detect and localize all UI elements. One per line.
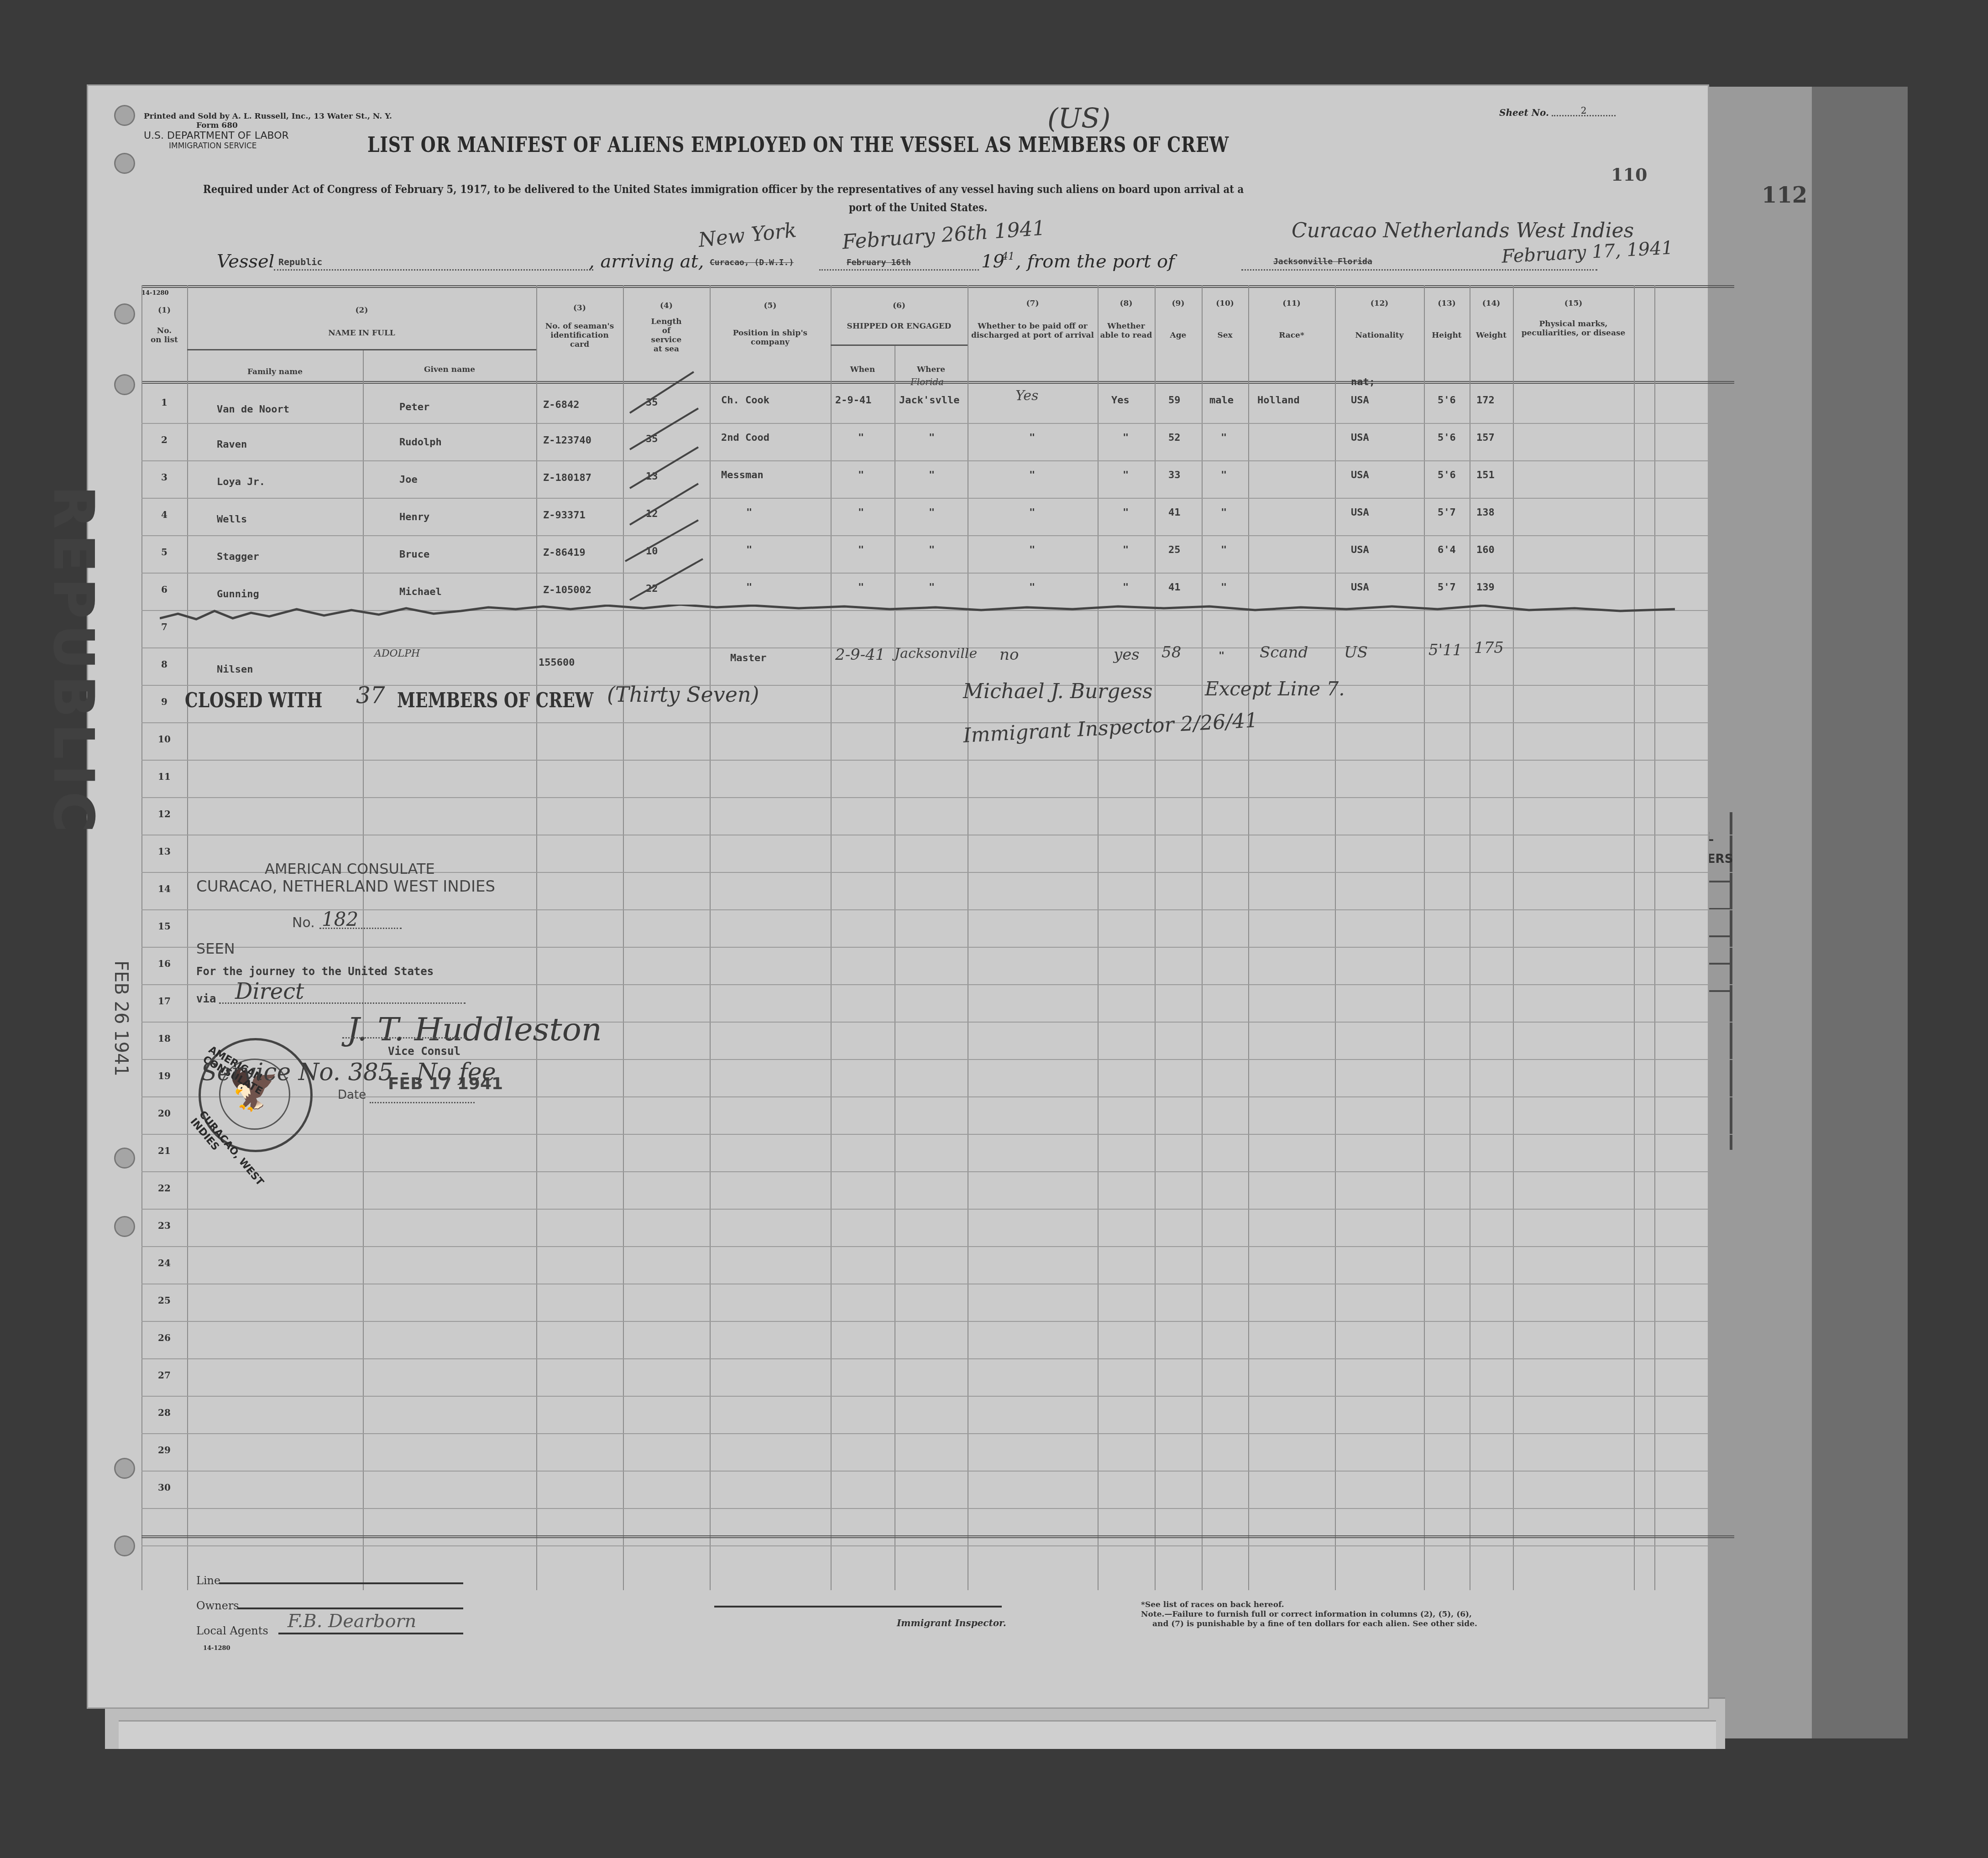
header-name-in-full: NAME IN FULL: [187, 329, 536, 338]
header-able-to-read: Whether able to read: [1100, 322, 1152, 340]
table-top-rule: [141, 285, 1734, 288]
race-note: *See list of races on back hereof.: [1141, 1600, 1284, 1610]
cell-where: ": [929, 432, 935, 444]
tick-marks: [612, 344, 840, 618]
crew-count-words: (Thirty Seven): [607, 682, 759, 707]
cell-read: ": [1123, 544, 1129, 556]
cell-age: 41: [1168, 507, 1181, 518]
col-num-12: (12): [1335, 299, 1424, 308]
cell-where-note: Florida: [910, 376, 944, 387]
col-num-5: (5): [710, 301, 831, 310]
punch-hole: [114, 153, 135, 174]
from-port-underline: [1241, 269, 1597, 271]
col-num-2: (2): [187, 306, 536, 315]
row-rule: [141, 947, 1734, 948]
row-rule: [141, 1246, 1734, 1247]
row-rule: [141, 909, 1734, 910]
row-rule: [141, 1433, 1734, 1434]
row-rule: [141, 1396, 1734, 1397]
row-number: 12: [146, 809, 183, 819]
cell-where: ": [929, 544, 935, 556]
consulate-line-2: CURACAO, NETHERLAND WEST INDIES: [196, 877, 495, 896]
header-race: Race*: [1248, 331, 1335, 340]
cell-read: ": [1123, 470, 1129, 481]
date-label: Date: [338, 1088, 366, 1102]
row-rule: [141, 1096, 1734, 1097]
form-number: Form 680: [196, 121, 238, 130]
cell-family-name: Stagger: [217, 551, 259, 563]
col-divider: [1470, 285, 1470, 1590]
cell-id-card: Z-105002: [543, 585, 591, 596]
strike-through-line: [160, 605, 1675, 623]
cell-height: 5'7: [1438, 582, 1456, 593]
cell-read: ": [1123, 507, 1129, 518]
cell-id-card: Z-93371: [543, 510, 586, 521]
row-rule: [141, 1134, 1734, 1135]
header-given-name: Given name: [363, 365, 536, 374]
local-agents-signature: F.B. Dearborn: [288, 1611, 416, 1632]
row-rule: [141, 1321, 1734, 1322]
stacked-pages: [119, 1720, 1716, 1749]
col-num-7: (7): [968, 299, 1098, 308]
header-shipped-or-engaged: SHIPPED OR ENGAGED: [831, 322, 968, 331]
col-num-14: (14): [1470, 299, 1513, 308]
row-number: 1: [146, 397, 183, 408]
vessel-label: Vessel: [217, 251, 274, 272]
cell-given-name: Joe: [399, 474, 418, 485]
col-divider: [1248, 285, 1249, 1590]
punch-hole: [114, 374, 135, 395]
inspector-title-date: Immigrant Inspector 2/26/41: [963, 709, 1258, 747]
cell-nationality: USA: [1351, 544, 1369, 556]
cell-nationality-note: nat;: [1351, 376, 1375, 388]
via-label: via: [196, 992, 216, 1005]
cell-given-name: Rudolph: [399, 437, 442, 448]
cell-id-card: 155600: [539, 657, 575, 668]
cell-paid-off: Yes: [1015, 388, 1038, 404]
header-physical-marks: Physical marks, peculiarities, or diseas…: [1520, 319, 1627, 338]
cell-when: ": [858, 507, 864, 518]
year-suffix: 41: [1002, 251, 1015, 262]
consulate-no-label: No.: [292, 915, 315, 931]
row-number: 11: [146, 771, 183, 782]
subtitle-line-2: port of the United States.: [849, 201, 988, 214]
col-divider: [141, 285, 142, 1590]
cell-when: ": [858, 432, 864, 444]
cell-id-card: Z-86419: [543, 547, 586, 558]
cell-paid-off: ": [1029, 432, 1035, 444]
cell-weight: 139: [1476, 582, 1495, 593]
row-number: 9: [146, 696, 183, 707]
cell-family-name: Wells: [217, 514, 247, 525]
cell-age: 33: [1168, 470, 1181, 481]
col-divider: [1634, 285, 1635, 1590]
row-number: 23: [146, 1220, 183, 1231]
cell-race: Scand: [1260, 643, 1308, 662]
cell-age: 59: [1168, 395, 1181, 406]
row-number: 28: [146, 1407, 183, 1418]
subtitle-line-1: Required under Act of Congress of Februa…: [203, 183, 1244, 196]
cell-sex: ": [1221, 470, 1227, 481]
col-divider: [1202, 285, 1203, 1590]
department-name: U.S. DEPARTMENT OF LABOR: [144, 130, 289, 141]
row-rule: [141, 498, 1734, 499]
cell-where: ": [929, 507, 935, 518]
col-divider: [1654, 285, 1655, 1590]
col-divider: [1335, 285, 1336, 1590]
service-name: IMMIGRATION SERVICE: [169, 141, 257, 151]
row-rule: [141, 573, 1734, 574]
cell-when: 2-9-41: [835, 395, 871, 406]
row-rule: [141, 423, 1734, 424]
cell-id-card: Z-123740: [543, 435, 591, 446]
col-num-15: (15): [1513, 299, 1634, 308]
sheet-edge: [1812, 87, 1908, 1738]
cell-when: ": [858, 470, 864, 481]
cell-age: 58: [1161, 643, 1181, 662]
header-position: Position in ship's company: [714, 329, 826, 347]
cell-weight: 138: [1476, 507, 1495, 518]
seen-label: SEEN: [196, 940, 235, 957]
row-rule: [141, 460, 1734, 461]
arrival-date-typed: February 16th: [847, 258, 911, 267]
cell-height: 5'7: [1438, 507, 1456, 518]
header-where: Where: [895, 365, 968, 374]
row-number: 6: [146, 584, 183, 595]
row-number: 3: [146, 472, 183, 483]
manifest-page: Printed and Sold by A. L. Russell, Inc.,…: [87, 84, 1709, 1709]
cell-height: 5'11: [1428, 641, 1462, 659]
cell-age: 25: [1168, 544, 1181, 556]
background-page-number: 112: [1762, 183, 1807, 208]
cell-weight: 175: [1474, 639, 1504, 657]
date-underline: [819, 269, 979, 271]
cell-sex: ": [1221, 507, 1227, 518]
cell-family-name: Raven: [217, 439, 247, 450]
row-rule: [141, 760, 1734, 761]
row-rule: [141, 535, 1734, 536]
cell-height: 5'6: [1438, 432, 1456, 444]
from-port-handwritten: Curacao Netherlands West Indies: [1292, 219, 1634, 242]
crew-table: 14-1280 (1) (2) (3) (4) (5) (6) (7) (8) …: [141, 285, 1743, 1590]
row-number: 4: [146, 509, 183, 520]
cell-sex: ": [1219, 650, 1224, 662]
local-agents-field: [278, 1633, 463, 1634]
cell-height: 5'6: [1438, 395, 1456, 406]
line-field: [219, 1582, 463, 1584]
cell-where: ": [929, 582, 935, 593]
printer-credit: Printed and Sold by A. L. Russell, Inc.,…: [144, 112, 392, 121]
footer-form-code: 14-1280: [203, 1645, 230, 1652]
cell-id-card: Z-180187: [543, 472, 591, 484]
punch-hole: [114, 1458, 135, 1479]
immigrant-inspector-label: Immigrant Inspector.: [897, 1618, 1006, 1628]
row-rule: [141, 1508, 1734, 1509]
consulate-seal: 🦅 AMERICAN CONSULATE CURACAO, WEST INDIE…: [199, 1038, 313, 1152]
from-port-label: , from the port of: [1015, 251, 1175, 272]
row-rule: [141, 797, 1734, 798]
cell-paid-off: ": [1029, 582, 1035, 593]
row-number: 30: [146, 1482, 183, 1493]
col-num-9: (9): [1155, 299, 1202, 308]
cell-sex: male: [1209, 395, 1234, 406]
cell-paid-off: ": [1029, 507, 1035, 518]
name-subheader-rule: [187, 349, 536, 350]
col-num-6: (6): [831, 301, 968, 310]
cell-nationality: USA: [1351, 432, 1369, 444]
except-note: Except Line 7.: [1205, 678, 1345, 700]
cell-sex: ": [1221, 432, 1227, 444]
owners-field: [237, 1607, 463, 1609]
date-underline: [370, 1102, 475, 1103]
cell-given-name: ADOLPH: [374, 648, 420, 659]
cell-where: ": [929, 470, 935, 481]
header-height: Height: [1424, 331, 1470, 340]
consul-signature: J. T. Huddleston: [347, 1011, 602, 1048]
owners-label: Owners: [196, 1599, 239, 1612]
header-no-on-list: No. on list: [151, 326, 178, 344]
row-number: 15: [146, 921, 183, 932]
journey-text: For the journey to the United States: [196, 965, 434, 978]
cell-where: Jack'svlle: [899, 395, 959, 406]
row-number: 21: [146, 1145, 183, 1156]
punch-hole: [114, 105, 135, 126]
cell-nationality: USA: [1351, 395, 1369, 406]
cell-sex: ": [1221, 582, 1227, 593]
cell-age: 52: [1168, 432, 1181, 444]
cell-nationality: USA: [1351, 507, 1369, 518]
header-paid-off: Whether to be paid off or discharged at …: [970, 322, 1095, 340]
cell-family-name: Loya Jr.: [217, 476, 265, 488]
cell-weight: 172: [1476, 395, 1495, 406]
inspector-signature: Michael J. Burgess: [963, 680, 1153, 703]
arriving-label: , arriving at,: [589, 251, 704, 272]
consul-title: Vice Consul: [388, 1045, 460, 1058]
vessel-name-vertical: REPUBLIC: [42, 486, 105, 838]
consulate-line-1: AMERICAN CONSULATE: [265, 860, 435, 877]
cell-read: yes: [1114, 646, 1140, 664]
cell-height: 6'4: [1438, 544, 1456, 556]
inspector-signature-line: [714, 1606, 1002, 1607]
col-num-13: (13): [1424, 299, 1470, 308]
header-weight: Weight: [1470, 331, 1513, 340]
cell-given-name: Bruce: [399, 549, 429, 560]
col-divider: [968, 285, 968, 1590]
page-stamp: 110: [1611, 164, 1647, 185]
header-family-name: Family name: [187, 367, 363, 376]
col-divider: [536, 285, 537, 1590]
cell-read: ": [1123, 432, 1129, 444]
cell-when: 2-9-41: [835, 646, 885, 664]
row-rule: [141, 1545, 1734, 1546]
penalty-note-2: and (7) is punishable by a fine of ten d…: [1152, 1619, 1477, 1629]
col-divider: [187, 285, 188, 1590]
punch-hole: [114, 1216, 135, 1237]
col-num-10: (10): [1202, 299, 1248, 308]
cell-paid-off: ": [1029, 544, 1035, 556]
cell-age: 41: [1168, 582, 1181, 593]
consulate-no-value: 182: [322, 908, 358, 930]
header-sex: Sex: [1202, 331, 1248, 340]
row-number: 5: [146, 547, 183, 558]
row-number: 18: [146, 1033, 183, 1044]
arriving-handwritten: New York: [697, 219, 798, 252]
footer-top-rule: [141, 1535, 1734, 1538]
header-nationality: Nationality: [1335, 331, 1424, 340]
row-number: 29: [146, 1445, 183, 1456]
signature-underline: [342, 1037, 466, 1039]
col-num-3: (3): [536, 303, 623, 313]
col-num-4: (4): [623, 301, 710, 310]
vessel-name: Republic: [274, 256, 593, 271]
cell-weight: 160: [1476, 544, 1495, 556]
col-divider: [1513, 285, 1514, 1590]
cell-given-name: Peter: [399, 402, 429, 413]
row-number: 17: [146, 996, 183, 1007]
row-number: 20: [146, 1108, 183, 1119]
local-agents-label: Local Agents: [196, 1624, 268, 1637]
cell-paid-off: ": [1029, 470, 1035, 481]
closed-with-label: CLOSED WITH: [185, 689, 322, 712]
row-rule: [141, 1471, 1734, 1472]
row-number: 8: [146, 659, 183, 670]
col-divider: [1098, 285, 1099, 1590]
punch-hole: [114, 1535, 135, 1556]
row-rule: [141, 984, 1734, 985]
form-code: 14-1280: [141, 290, 169, 297]
cell-weight: 157: [1476, 432, 1495, 444]
row-number: 19: [146, 1070, 183, 1081]
cell-race: Holland: [1257, 395, 1300, 406]
row-rule: [141, 1209, 1734, 1210]
members-of-crew-label: MEMBERS OF CREW: [397, 689, 593, 712]
row-rule: [141, 722, 1734, 723]
row-number: 7: [146, 621, 183, 632]
cell-given-name: Henry: [399, 511, 429, 523]
no-underline: [319, 928, 402, 929]
page-title: LIST OR MANIFEST OF ALIENS EMPLOYED ON T…: [367, 132, 1229, 157]
year-prefix: 19: [981, 251, 1004, 272]
cell-family-name: Van de Noort: [217, 404, 289, 415]
cell-family-name: Nilsen: [217, 664, 253, 675]
arriving-typed: Curacao, (D.W.I.): [710, 258, 794, 267]
arrival-date-handwritten: February 26th 1941: [842, 217, 1046, 254]
punch-hole: [114, 1148, 135, 1169]
cell-height: 5'6: [1438, 470, 1456, 481]
cell-when: ": [858, 544, 864, 556]
col-divider: [1155, 285, 1156, 1590]
title-annotation: (US): [1047, 103, 1111, 135]
row-number: 13: [146, 846, 183, 857]
col-divider: [1424, 285, 1425, 1590]
row-number: 24: [146, 1258, 183, 1268]
col-num-11: (11): [1248, 299, 1335, 308]
row-number: 14: [146, 883, 183, 894]
cell-nationality: USA: [1351, 470, 1369, 481]
cell-sex: ": [1221, 544, 1227, 556]
row-number: 22: [146, 1183, 183, 1194]
from-port-typed: Jacksonville Florida: [1273, 257, 1372, 266]
shipped-subheader-rule: [831, 344, 968, 346]
row-number: 2: [146, 434, 183, 445]
sheet-number: 2: [1552, 105, 1616, 116]
row-rule: [141, 1358, 1734, 1359]
row-number: 10: [146, 734, 183, 745]
cell-paid-off: no: [999, 646, 1019, 664]
col-num-1: (1): [141, 306, 187, 315]
via-value: Direct: [235, 979, 304, 1004]
header-when: When: [831, 365, 895, 374]
cell-given-name: Michael: [399, 586, 442, 598]
row-number: 25: [146, 1295, 183, 1306]
service-note: Service No. 385 - No fee: [201, 1059, 496, 1086]
cell-weight: 151: [1476, 470, 1495, 481]
penalty-note-1: Note.—Failure to furnish full or correct…: [1141, 1610, 1472, 1619]
cell-id-card: Z-6842: [543, 399, 579, 411]
col-num-8: (8): [1098, 299, 1155, 308]
crew-count: 37: [356, 682, 385, 709]
cell-where: Jacksonville: [895, 646, 977, 662]
header-age: Age: [1155, 331, 1202, 340]
header-id-card: No. of seaman's identification card: [543, 322, 616, 349]
sheet-label: Sheet No.: [1499, 107, 1549, 118]
row-number: 16: [146, 958, 183, 969]
received-date-stamp: FEB 26 1941: [110, 960, 131, 1076]
line-label: Line: [196, 1574, 220, 1587]
cell-read: ": [1123, 582, 1129, 593]
cell-family-name: Gunning: [217, 589, 259, 600]
punch-hole: [114, 303, 135, 324]
row-number: 27: [146, 1370, 183, 1381]
cell-when: ": [858, 582, 864, 593]
col-divider: [895, 344, 895, 1590]
row-rule: [141, 835, 1734, 835]
cell-nationality: USA: [1351, 582, 1369, 593]
cell-read: Yes: [1111, 395, 1130, 406]
row-rule: [141, 1171, 1734, 1172]
row-rule: [141, 1284, 1734, 1284]
row-number: 26: [146, 1332, 183, 1343]
cell-nationality: US: [1344, 643, 1368, 662]
cell-position: Master: [730, 652, 766, 664]
